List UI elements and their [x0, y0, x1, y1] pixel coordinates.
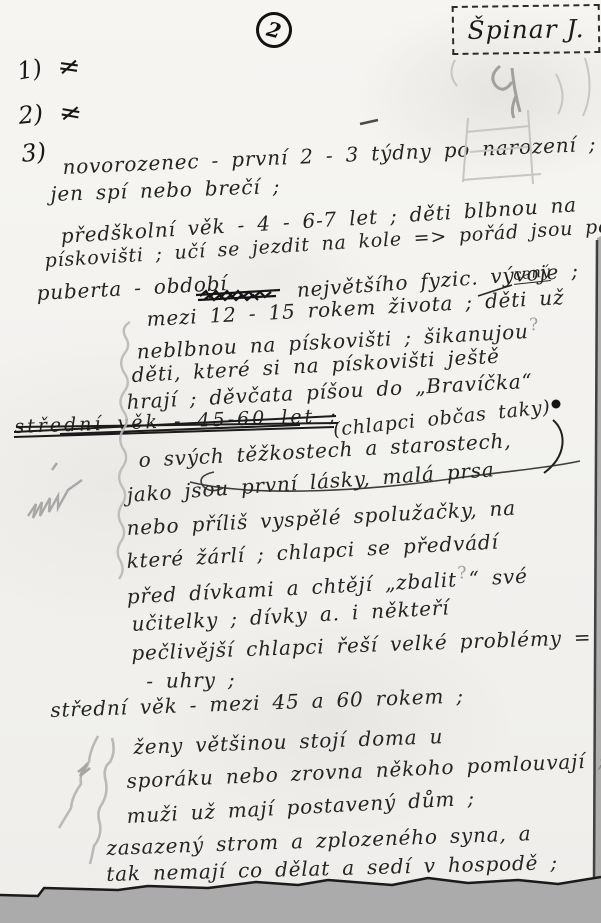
- scanner-edge-shadow: [595, 236, 601, 880]
- scanner-bed: [0, 877, 601, 923]
- handwritten-line: střední věk - mezi 45 a 60 rokem ;: [50, 684, 464, 722]
- strike-mark-2: ≠: [57, 96, 85, 130]
- name-box: Špinar J.: [452, 4, 601, 55]
- handwritten-line: novorozenec - první 2 - 3 týdny po naroz…: [62, 129, 601, 179]
- page-number: 2: [264, 17, 283, 44]
- pencil-word-scribble: [28, 463, 82, 518]
- handwritten-line: ženy většinou stojí doma u: [133, 724, 444, 759]
- pencil-margin-squiggle: [118, 322, 130, 579]
- paper-right-edge: [594, 240, 597, 878]
- pencil-doodle-dark: [493, 66, 520, 118]
- list-marker-1: 1): [15, 54, 44, 86]
- name-label: Špinar J.: [467, 14, 584, 45]
- handwritten-line: puberta - období: [36, 271, 228, 305]
- list-marker-2: 2): [17, 99, 44, 129]
- page-number-stamp: 2: [252, 8, 296, 52]
- inserted-word: cený: [512, 262, 551, 285]
- list-marker-3: 3): [20, 137, 47, 167]
- small-dash-mark: [360, 120, 378, 124]
- paper-sheet: 2 Špinar J. 1) ≠ 2) ≠ 3) novorozenec - p…: [0, 0, 601, 923]
- handwritten-line: muži už mají postavený dům ;: [126, 786, 475, 828]
- handwritten-line: - uhry ;: [146, 667, 236, 693]
- pencil-doodle: [451, 58, 589, 184]
- big-paren-stroke: [544, 420, 563, 473]
- strike-mark-1: ≠: [56, 50, 83, 84]
- handwritten-line: jen spí nebo brečí ;: [50, 174, 281, 206]
- ink-blob: [552, 400, 561, 409]
- pencil-question-mark: ?: [528, 315, 541, 336]
- struck-line: střední věk - 45-60 let ;: [14, 405, 339, 438]
